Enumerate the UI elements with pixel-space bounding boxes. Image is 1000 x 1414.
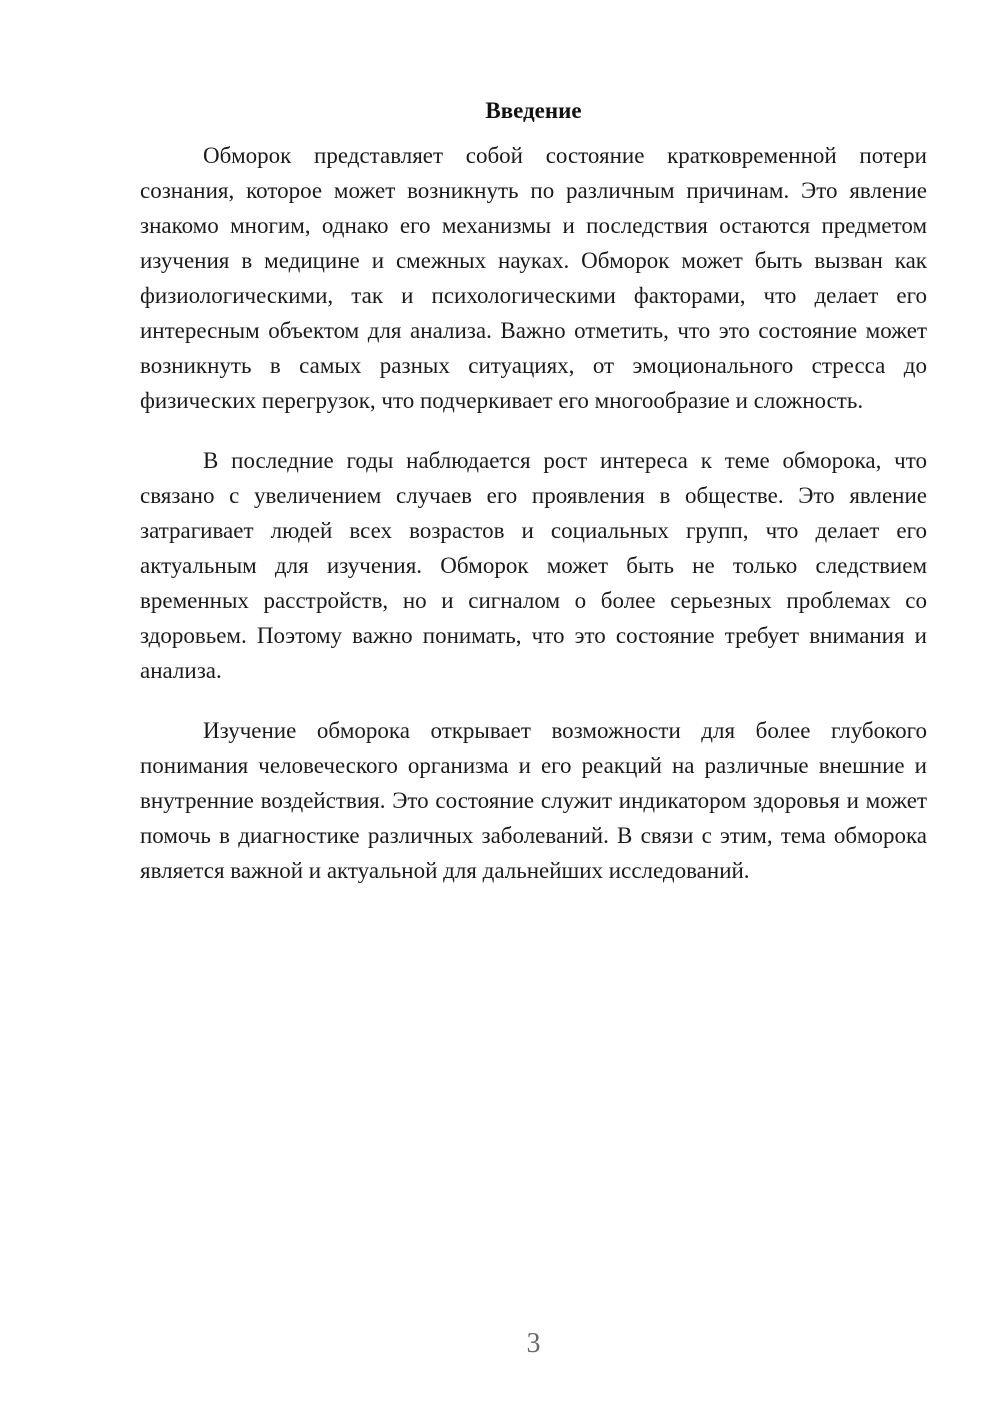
paragraph-2: В последние годы наблюдается рост интере… (140, 443, 927, 688)
section-title: Введение (140, 93, 927, 128)
page-number: 3 (140, 1329, 927, 1359)
paragraph-3: Изучение обморока открывает возможности … (140, 713, 927, 888)
document-page: Введение Обморок представляет собой сост… (0, 0, 1000, 1414)
document-body: Введение Обморок представляет собой сост… (140, 93, 927, 913)
paragraph-1: Обморок представляет собой состояние кра… (140, 138, 927, 418)
